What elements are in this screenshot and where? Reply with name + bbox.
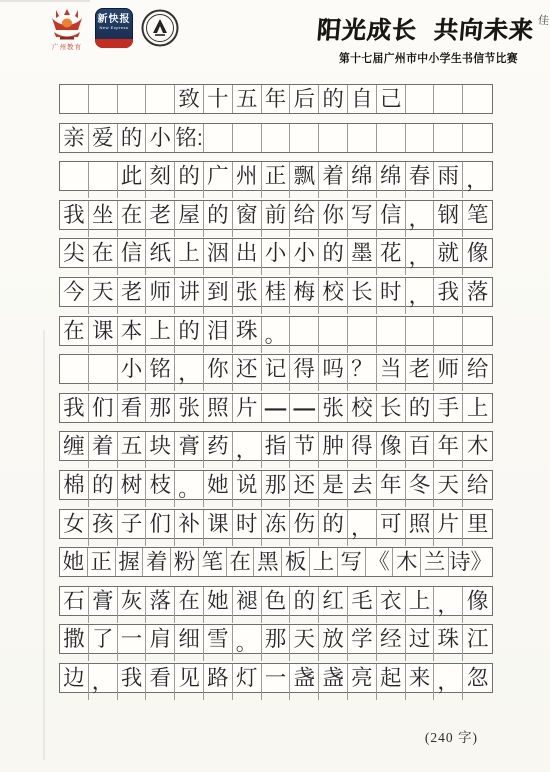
grid-cell: ，: [348, 510, 377, 546]
grid-cell: 路: [204, 664, 233, 700]
grid-cell: 的: [319, 85, 348, 113]
grid-cell: ，: [434, 587, 463, 623]
grid-cell: 吗: [319, 355, 348, 391]
grid-cell: 老: [146, 201, 175, 237]
festival-subtitle: 第十七届广州市中小学生书信节比赛: [339, 50, 530, 66]
grid-cell: 到: [204, 278, 233, 314]
grid-cell: 树: [118, 471, 147, 507]
grid-cell: [204, 124, 233, 152]
grid-cell: 放: [319, 625, 348, 661]
grid-cell: 后: [290, 85, 319, 113]
grid-cell: 给: [463, 355, 492, 391]
grid-cell: 诗》: [449, 548, 492, 576]
grid-cell: 得: [290, 355, 319, 391]
new-express-red-bar: [95, 39, 133, 48]
grid-cell: [463, 85, 492, 113]
grid-cell: [262, 124, 291, 152]
grid-cell: [60, 355, 89, 391]
grid-row: 此刻的广州正飘着绵绵春雨，: [59, 161, 493, 191]
grid-row: 她正握着粉笔在黑板上写《木兰诗》: [59, 547, 493, 577]
grid-cell: 上: [406, 587, 435, 623]
grid-cell: 刻: [146, 162, 175, 198]
new-express-logo: 新快报 New Express: [95, 8, 133, 48]
grid-cell: 上: [175, 239, 204, 275]
grid-cell: 天: [89, 278, 118, 314]
grid-cell: 张: [319, 394, 348, 422]
grid-cell: 在: [89, 239, 118, 275]
grid-cell: 老: [406, 355, 435, 391]
grid-cell: 照: [204, 394, 233, 422]
grid-row: 致十五年后的自己: [59, 84, 493, 114]
grid-cell: [406, 124, 435, 152]
grid-cell: 的: [319, 510, 348, 546]
grid-cell: 落: [463, 278, 492, 314]
grid-cell: 铭: [146, 355, 175, 391]
grid-row: 小铭，你还记得吗？当老师给: [59, 354, 493, 384]
grid-cell: 着: [143, 548, 171, 576]
grid-cell: 雪: [204, 625, 233, 661]
grid-cell: 师: [434, 355, 463, 391]
grid-cell: 的: [175, 162, 204, 198]
grid-cell: 细: [175, 625, 204, 661]
grid-cell: 看: [118, 394, 147, 422]
grid-cell: 像: [463, 587, 492, 623]
grid-cell: 孩: [89, 510, 118, 546]
grid-cell: 小: [118, 355, 147, 391]
grid-cell: 上: [463, 394, 492, 422]
grid-cell: 墨: [348, 239, 377, 275]
grid-cell: [319, 124, 348, 152]
grid-cell: 上: [146, 317, 175, 353]
grid-cell: 出: [233, 239, 262, 275]
grid-cell: 我: [60, 394, 89, 422]
grid-cell: 了: [89, 625, 118, 661]
grid-cell: 补: [175, 510, 204, 546]
grid-cell: 她: [60, 548, 88, 576]
grid-cell: 洇: [204, 239, 233, 275]
grid-cell: 棉: [60, 471, 89, 507]
grid-cell: 五: [233, 85, 262, 113]
grid-cell: 粉: [171, 548, 199, 576]
new-express-subtitle: New Express: [99, 25, 128, 31]
grid-cell: 你: [319, 201, 348, 237]
grid-cell: ，: [89, 664, 118, 700]
grid-cell: 花: [377, 239, 406, 275]
grid-cell: —: [262, 394, 291, 422]
grid-cell: 致: [175, 85, 204, 113]
grid-cell: 记: [262, 355, 291, 391]
grid-cell: [348, 317, 377, 353]
grid-cell: [118, 85, 147, 113]
grid-cell: 梅: [290, 278, 319, 314]
grid-cell: 尖: [60, 239, 89, 275]
grid-cell: 《: [366, 548, 394, 576]
grid-row: 我坐在老屋的窗前给你写信，钢笔: [59, 200, 493, 230]
grid-cell: —: [290, 394, 319, 422]
grid-cell: 绵: [348, 162, 377, 198]
grid-row: 我们看那张照片——张校长的手上: [59, 393, 493, 423]
grid-cell: 子: [118, 510, 147, 546]
grid-cell: 年: [377, 471, 406, 507]
grid-cell: 张: [233, 278, 262, 314]
grid-cell: ，: [463, 162, 492, 198]
grid-cell: [89, 355, 118, 391]
grid-cell: 时: [233, 510, 262, 546]
grid-cell: [434, 124, 463, 152]
grid-cell: [348, 124, 377, 152]
grid-cell: [406, 317, 435, 353]
grid-cell: 撒: [60, 625, 89, 661]
header-logo-strip: 广州教育 新快报 New Express: [46, 8, 180, 51]
grid-cell: 片: [434, 510, 463, 546]
grid-cell: 爱: [89, 124, 118, 152]
grid-cell: 她: [204, 587, 233, 623]
grid-cell: 经: [377, 625, 406, 661]
grid-cell: 天: [290, 625, 319, 661]
grid-cell: [233, 124, 262, 152]
grid-cell: 你: [204, 355, 233, 391]
grid-cell: 落: [146, 587, 175, 623]
grid-cell: 们: [89, 394, 118, 422]
grid-cell: 年: [434, 432, 463, 468]
grid-cell: 本: [118, 317, 147, 353]
grid-cell: 像: [377, 432, 406, 468]
grid-cell: 五: [118, 432, 147, 468]
grid-cell: 来: [406, 664, 435, 700]
grid-cell: [463, 317, 492, 353]
grid-cell: 的: [204, 201, 233, 237]
grid-cell: 的: [118, 124, 147, 152]
grid-cell: 在: [118, 201, 147, 237]
grid-cell: 可: [377, 510, 406, 546]
grid-cell: [60, 85, 89, 113]
grid-cell: [146, 85, 175, 113]
grid-row: 女孩子们补课时冻伤的，可照片里: [59, 509, 493, 539]
grid-cell: 。: [233, 625, 262, 661]
grid-cell: 一: [262, 664, 291, 700]
grid-cell: 在: [227, 548, 255, 576]
grid-cell: 亲: [60, 124, 89, 152]
grid-cell: 十: [204, 85, 233, 113]
grid-cell: ，: [406, 239, 435, 275]
new-express-title: 新快报: [98, 14, 131, 25]
grid-cell: 过: [406, 625, 435, 661]
grid-cell: 衣: [377, 587, 406, 623]
scan-corner-artifact: [0, 0, 90, 2]
grid-cell: 珠: [434, 625, 463, 661]
grid-cell: 在: [175, 587, 204, 623]
grid-cell: ，: [406, 201, 435, 237]
grid-cell: 前: [262, 201, 291, 237]
word-count: (240 字): [425, 726, 478, 746]
grid-cell: 们: [146, 510, 175, 546]
grid-cell: [290, 124, 319, 152]
grid-cell: 信: [118, 239, 147, 275]
grid-cell: 着: [319, 162, 348, 198]
grid-cell: 指: [262, 432, 291, 468]
grid-cell: 此: [118, 162, 147, 198]
grid-cell: 灰: [118, 587, 147, 623]
grid-cell: 钢: [434, 201, 463, 237]
grid-cell: 学: [348, 625, 377, 661]
grid-cell: 去: [348, 471, 377, 507]
festival-slogan: 阳光成长 共向未来: [315, 10, 535, 45]
grid-cell: 照: [406, 510, 435, 546]
grid-cell: 那: [262, 625, 291, 661]
grid-cell: 信: [377, 201, 406, 237]
grid-cell: ，: [406, 278, 435, 314]
grid-cell: 色: [262, 587, 291, 623]
grid-cell: [377, 317, 406, 353]
grid-cell: 当: [377, 355, 406, 391]
grid-row: 亲爱的小铭:: [59, 123, 493, 153]
grid-cell: 正: [262, 162, 291, 198]
grid-cell: 手: [434, 394, 463, 422]
scan-edge-artifact: [43, 330, 45, 760]
grid-cell: [89, 85, 118, 113]
grid-cell: 还: [290, 471, 319, 507]
grid-cell: 坐: [89, 201, 118, 237]
grid-cell: 校: [348, 394, 377, 422]
grid-cell: [377, 124, 406, 152]
grid-cell: 窗: [233, 201, 262, 237]
grid-cell: 百: [406, 432, 435, 468]
grid-cell: 里: [463, 510, 492, 546]
grid-cell: [434, 85, 463, 113]
grid-cell: 写: [338, 548, 366, 576]
grid-cell: 一: [118, 625, 147, 661]
grid-cell: 膏: [89, 587, 118, 623]
grid-cell: 时: [377, 278, 406, 314]
grid-cell: 药: [204, 432, 233, 468]
grid-cell: 我: [434, 278, 463, 314]
grid-cell: 绵: [377, 162, 406, 198]
grid-cell: 小: [262, 239, 291, 275]
grid-cell: 节: [290, 432, 319, 468]
grid-cell: 褪: [233, 587, 262, 623]
grid-cell: 天: [434, 471, 463, 507]
grid-cell: 笔: [199, 548, 227, 576]
grid-cell: 那: [146, 394, 175, 422]
grid-cell: 那: [262, 471, 291, 507]
grid-cell: 春: [406, 162, 435, 198]
grid-cell: 在: [60, 317, 89, 353]
grid-cell: 的: [319, 239, 348, 275]
grid-cell: 屋: [175, 201, 204, 237]
grid-cell: 的: [89, 471, 118, 507]
grid-cell: 盏: [319, 664, 348, 700]
grid-cell: 看: [146, 664, 175, 700]
grid-cell: ，: [434, 664, 463, 700]
grid-cell: ？: [348, 355, 377, 391]
grid-cell: 飘: [290, 162, 319, 198]
grid-cell: 笔: [463, 201, 492, 237]
grid-cell: 正: [88, 548, 116, 576]
grid-cell: 缠: [60, 432, 89, 468]
grid-cell: [89, 162, 118, 198]
grid-cell: 州: [233, 162, 262, 198]
grid-cell: 膏: [175, 432, 204, 468]
grid-cell: 忽: [463, 664, 492, 700]
grid-cell: 自: [348, 85, 377, 113]
grid-cell: 。: [262, 317, 291, 353]
grid-row: 边，我看见路灯一盏盏亮起来，忽: [59, 663, 493, 693]
grid-cell: 像: [463, 239, 492, 275]
grid-cell: 她: [204, 471, 233, 507]
grid-cell: 石: [60, 587, 89, 623]
grid-cell: 毛: [348, 587, 377, 623]
grid-cell: 见: [175, 664, 204, 700]
grid-cell: 肩: [146, 625, 175, 661]
grid-cell: 今: [60, 278, 89, 314]
grid-cell: [463, 124, 492, 152]
grid-cell: 伤: [290, 510, 319, 546]
grid-cell: 的: [290, 587, 319, 623]
grid-row: 在课本上的泪珠。: [59, 316, 493, 346]
grid-cell: 木: [393, 548, 421, 576]
grid-cell: 起: [377, 664, 406, 700]
grid-cell: 我: [118, 664, 147, 700]
grid-cell: 片: [233, 394, 262, 422]
grid-cell: 冻: [262, 510, 291, 546]
emblem-caption: 广州教育: [46, 42, 88, 51]
grid-cell: 着: [89, 432, 118, 468]
round-seal-logo-icon: [140, 8, 180, 48]
grid-cell: 给: [290, 201, 319, 237]
grid-cell: 师: [146, 278, 175, 314]
grid-cell: 就: [434, 239, 463, 275]
grid-cell: 说: [233, 471, 262, 507]
grid-cell: 长: [348, 278, 377, 314]
grid-cell: 小: [146, 124, 175, 152]
scanned-letter-page: 广州教育 新快报 New Express 阳光成长 共向未来 佳 第十七届广州市…: [0, 0, 550, 772]
grid-cell: 纸: [146, 239, 175, 275]
grid-cell: [290, 317, 319, 353]
grid-cell: 木: [463, 432, 492, 468]
grid-cell: ，: [175, 355, 204, 391]
grid-cell: 雨: [434, 162, 463, 198]
grid-cell: 珠: [233, 317, 262, 353]
grid-cell: 铭:: [175, 124, 204, 152]
grid-row: 撒了一肩细雪。那天放学经过珠江: [59, 624, 493, 654]
grid-cell: 校: [319, 278, 348, 314]
grid-cell: 肿: [319, 432, 348, 468]
grid-cell: 我: [60, 201, 89, 237]
grid-cell: 江: [463, 625, 492, 661]
grid-cell: 得: [348, 432, 377, 468]
grid-cell: 板: [282, 548, 310, 576]
letter-sheet: 致十五年后的自己亲爱的小铭:此刻的广州正飘着绵绵春雨，我坐在老屋的窗前给你写信，…: [59, 84, 493, 702]
grid-row: 石膏灰落在她褪色的红毛衣上，像: [59, 586, 493, 616]
grid-cell: 桂: [262, 278, 291, 314]
grid-cell: 给: [463, 471, 492, 507]
grid-cell: 盏: [290, 664, 319, 700]
grid-cell: [434, 317, 463, 353]
grid-cell: ，: [233, 432, 262, 468]
grid-cell: 灯: [233, 664, 262, 700]
grid-cell: 。: [175, 471, 204, 507]
grid-cell: [60, 162, 89, 198]
grid-cell: 老: [118, 278, 147, 314]
grid-cell: 冬: [406, 471, 435, 507]
grid-cell: 己: [377, 85, 406, 113]
grid-row: 缠着五块膏药，指节肿得像百年木: [59, 431, 493, 461]
grid-cell: 长: [377, 394, 406, 422]
grid-cell: 是: [319, 471, 348, 507]
grid-cell: 泪: [204, 317, 233, 353]
grid-cell: 课: [204, 510, 233, 546]
grid-cell: 的: [175, 317, 204, 353]
calligrapher-signature: 佳: [537, 11, 550, 28]
guangzhou-education-logo: 广州教育: [46, 8, 88, 51]
grid-cell: 兰: [421, 548, 449, 576]
grid-cell: 亮: [348, 664, 377, 700]
grid-row: 棉的树枝。她说那还是去年冬天给: [59, 470, 493, 500]
grid-cell: 块: [146, 432, 175, 468]
grid-row: 尖在信纸上洇出小小的墨花，就像: [59, 238, 493, 268]
grid-cell: 小: [290, 239, 319, 275]
grid-cell: [406, 85, 435, 113]
crown-emblem-icon: [48, 8, 86, 41]
grid-cell: 的: [406, 394, 435, 422]
grid-cell: 上: [310, 548, 338, 576]
grid-cell: 广: [204, 162, 233, 198]
grid-cell: 年: [262, 85, 291, 113]
grid-cell: 红: [319, 587, 348, 623]
grid-cell: 枝: [146, 471, 175, 507]
grid-cell: [319, 317, 348, 353]
grid-cell: 写: [348, 201, 377, 237]
grid-cell: 讲: [175, 278, 204, 314]
grid-cell: 握: [116, 548, 144, 576]
grid-cell: 女: [60, 510, 89, 546]
grid-cell: 张: [175, 394, 204, 422]
grid-row: 今天老师讲到张桂梅校长时，我落: [59, 277, 493, 307]
header-calligraphy: 阳光成长 共向未来 佳 第十七届广州市中小学生书信节比赛: [317, 10, 542, 66]
grid-cell: 边: [60, 664, 89, 700]
grid-cell: 课: [89, 317, 118, 353]
grid-cell: 黑: [254, 548, 282, 576]
grid-cell: 还: [233, 355, 262, 391]
